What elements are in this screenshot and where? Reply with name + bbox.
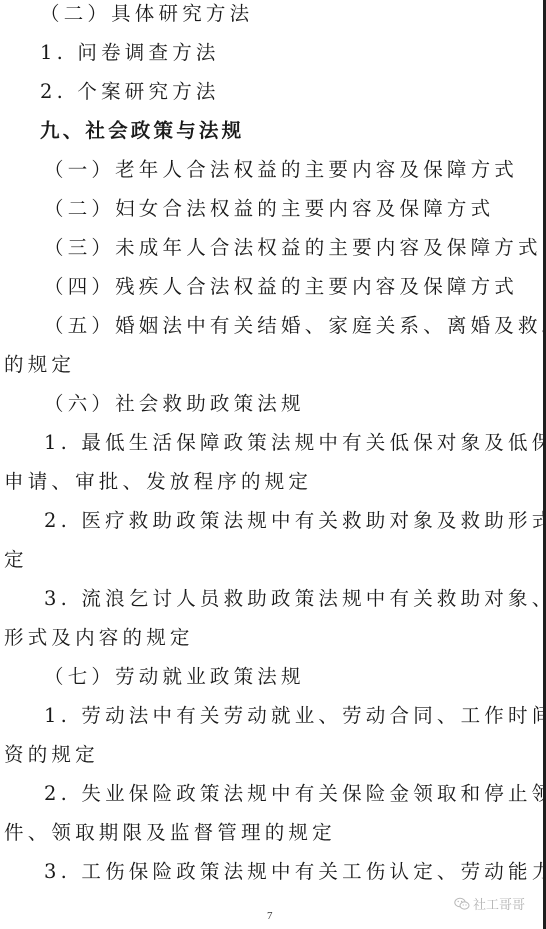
document-line: 3. 工伤保险政策法规中有关工伤认定、劳动能力鉴定、 bbox=[44, 860, 546, 884]
document-page: （二）具体研究方法1. 问卷调查方法2. 个案研究方法九、社会政策与法规（一）老… bbox=[0, 0, 543, 929]
page-number: 7 bbox=[267, 910, 273, 922]
section-heading: 九、社会政策与法规 bbox=[40, 119, 244, 143]
document-line: 形式及内容的规定 bbox=[4, 626, 194, 650]
document-line: 2. 个案研究方法 bbox=[40, 80, 220, 104]
document-line: 2. 失业保险政策法规中有关保险金领取和停止领取条 bbox=[44, 782, 546, 806]
document-line: （一）老年人合法权益的主要内容及保障方式 bbox=[44, 158, 518, 182]
document-line: 1. 问卷调查方法 bbox=[40, 41, 220, 65]
document-line: 申请、审批、发放程序的规定 bbox=[4, 470, 312, 494]
wechat-icon bbox=[454, 897, 470, 911]
document-line: （六）社会救助政策法规 bbox=[44, 392, 305, 416]
document-line: 1. 最低生活保障政策法规中有关低保对象及低保待遇 bbox=[44, 431, 546, 455]
watermark-text: 社工哥哥 bbox=[473, 894, 525, 913]
document-line: 件、领取期限及监督管理的规定 bbox=[4, 821, 336, 845]
document-line: （四）残疾人合法权益的主要内容及保障方式 bbox=[44, 275, 518, 299]
document-line: 资的规定 bbox=[4, 743, 99, 767]
document-line: 的规定 bbox=[4, 353, 75, 377]
document-line: 2. 医疗救助政策法规中有关救助对象及救助形式的规 bbox=[44, 509, 546, 533]
document-line: （七）劳动就业政策法规 bbox=[44, 665, 305, 689]
document-line: 3. 流浪乞讨人员救助政策法规中有关救助对象、救助 bbox=[44, 587, 546, 611]
document-line: （五）婚姻法中有关结婚、家庭关系、离婚及救助措施 bbox=[44, 314, 546, 338]
document-line: 1. 劳动法中有关劳动就业、劳动合同、工作时间和工 bbox=[44, 704, 546, 728]
document-line: （二）妇女合法权益的主要内容及保障方式 bbox=[44, 197, 494, 221]
watermark: 社工哥哥 bbox=[454, 894, 525, 913]
document-line: （二）具体研究方法 bbox=[40, 2, 253, 26]
document-line: 定 bbox=[4, 548, 28, 572]
document-line: （三）未成年人合法权益的主要内容及保障方式 bbox=[44, 236, 542, 260]
